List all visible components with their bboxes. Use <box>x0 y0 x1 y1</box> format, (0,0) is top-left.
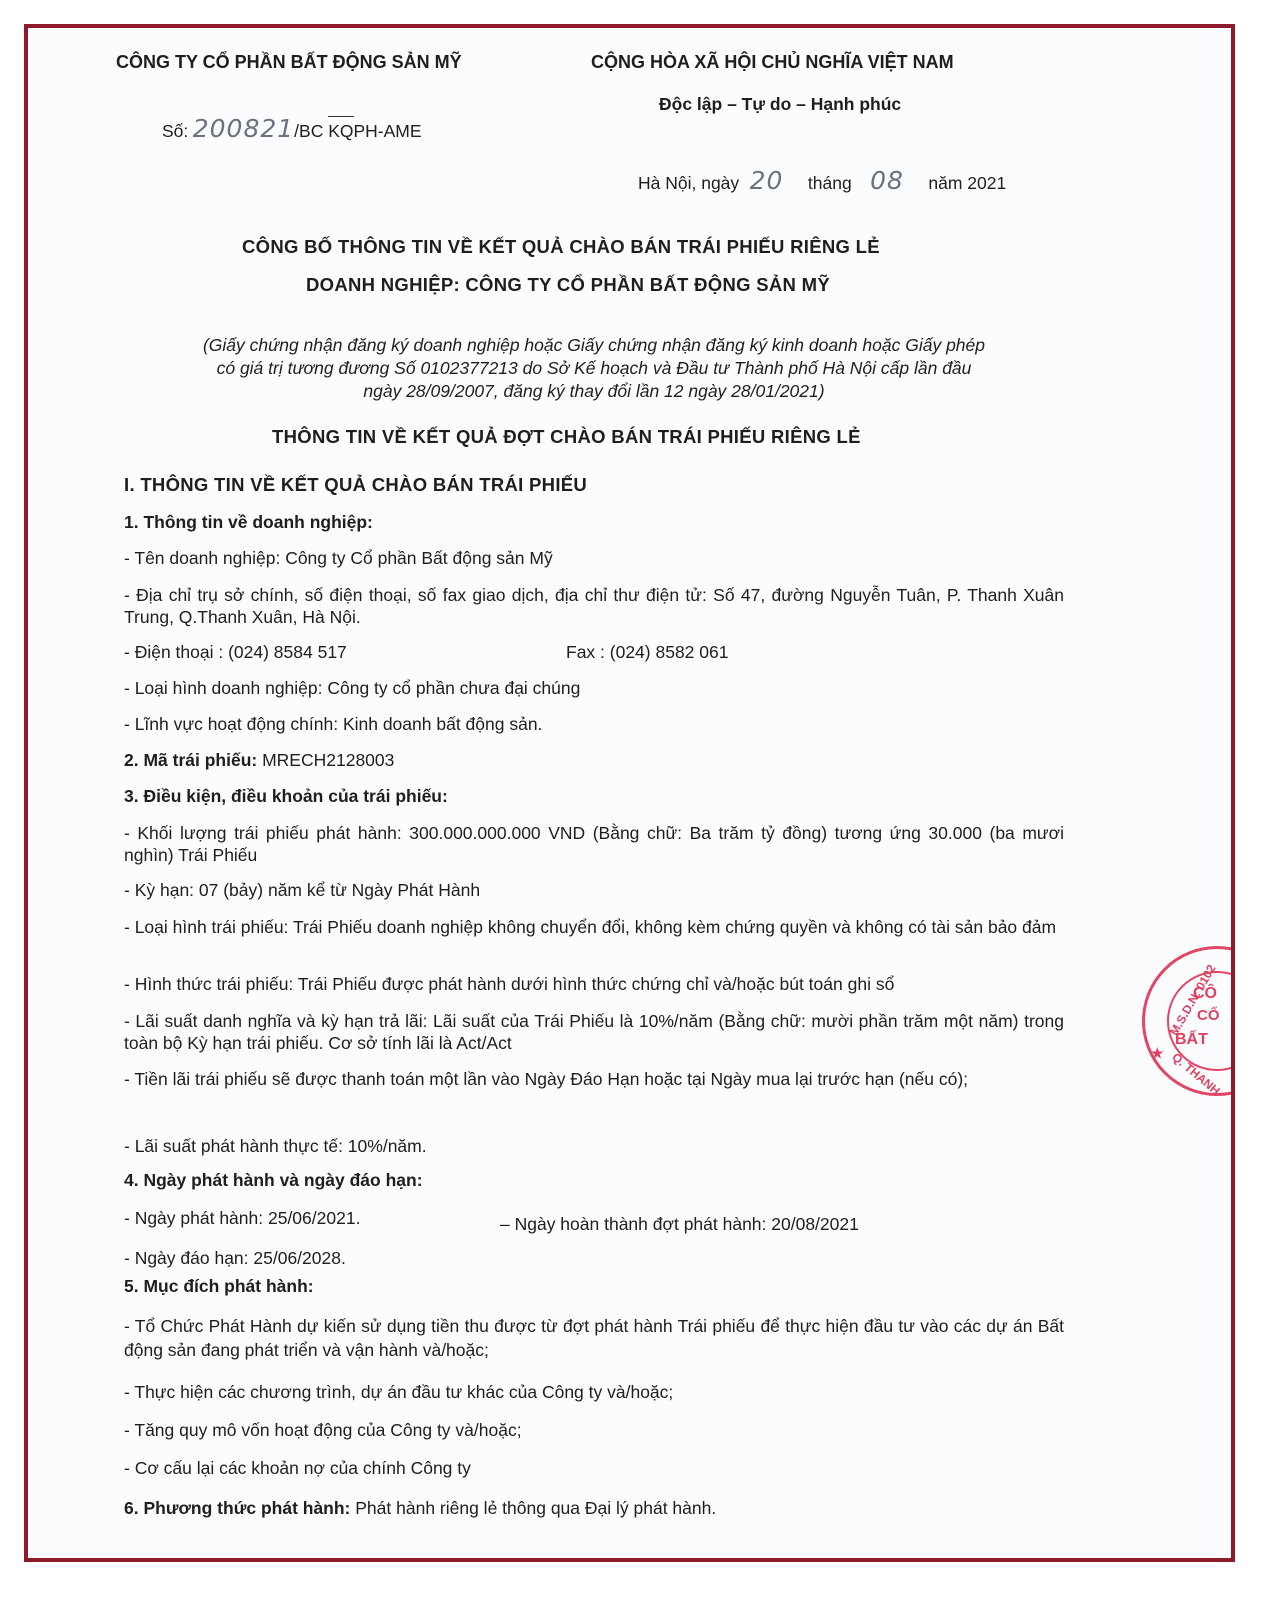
issuance-method: 6. Phương thức phát hành: Phát hành riên… <box>124 1498 716 1519</box>
terms-tenor: - Kỳ hạn: 07 (bảy) năm kể từ Ngày Phát H… <box>124 880 480 901</box>
stamp-center-line-2: CỔ <box>1197 1007 1220 1024</box>
main-title: CÔNG BỐ THÔNG TIN VỀ KẾT QUẢ CHÀO BÁN TR… <box>242 236 880 258</box>
company-stamp: M.S.D.N: 0102 ★ Q. THANH CÔ CỔ BẤT <box>1142 946 1235 1096</box>
bond-code-value: MRECH2128003 <box>257 750 394 770</box>
motto: Độc lập – Tự do – Hạnh phúc <box>659 94 901 115</box>
enterprise-title: DOANH NGHIỆP: CÔNG TY CỔ PHẦN BẤT ĐỘNG S… <box>306 274 830 296</box>
date-prefix: Hà Nội, ngày <box>638 173 739 193</box>
enterprise-phone: - Điện thoại : (024) 8584 517 <box>124 642 347 663</box>
terms-actual-rate: - Lãi suất phát hành thực tế: 10%/năm. <box>124 1136 427 1157</box>
section-1-heading: I. THÔNG TIN VỀ KẾT QUẢ CHÀO BÁN TRÁI PH… <box>124 474 587 496</box>
date-year: năm 2021 <box>928 173 1006 193</box>
enterprise-address: - Địa chỉ trụ sở chính, số điện thoại, s… <box>124 584 1064 628</box>
terms-interest: - Lãi suất danh nghĩa và kỳ hạn trả lãi:… <box>124 1010 1064 1054</box>
certificate-line-2: có giá trị tương đương Số 0102377213 do … <box>124 357 1064 380</box>
method-value: Phát hành riêng lẻ thông qua Đại lý phát… <box>350 1498 716 1518</box>
method-label: 6. Phương thức phát hành: <box>124 1498 350 1518</box>
document-date: Hà Nội, ngày 20 tháng 08 năm 2021 <box>638 166 1006 195</box>
completion-date: – Ngày hoàn thành đợt phát hành: 20/08/2… <box>500 1214 859 1235</box>
issue-date: - Ngày phát hành: 25/06/2021. <box>124 1208 360 1229</box>
purpose-item-3: - Tăng quy mô vốn hoạt động của Công ty … <box>124 1420 522 1441</box>
terms-form: - Hình thức trái phiếu: Trái Phiếu được … <box>124 974 894 995</box>
purpose-item-2: - Thực hiện các chương trình, dự án đầu … <box>124 1382 673 1403</box>
enterprise-info-heading: 1. Thông tin về doanh nghiệp: <box>124 512 373 533</box>
purpose-heading: 5. Mục đích phát hành: <box>124 1276 314 1297</box>
stamp-star-icon: ★ <box>1151 1045 1164 1062</box>
terms-payment: - Tiền lãi trái phiếu sẽ được thanh toán… <box>124 1068 1064 1090</box>
certificate-note: (Giấy chứng nhận đăng ký doanh nghiệp ho… <box>124 334 1064 403</box>
certificate-line-3: ngày 28/09/2007, đăng ký thay đổi lần 12… <box>124 380 1064 403</box>
number-handwritten: 200821 <box>193 114 294 143</box>
bond-code-label: 2. Mã trái phiếu: <box>124 750 257 770</box>
number-suffix: /BC KQPH-AME <box>294 121 421 141</box>
terms-volume: - Khối lượng trái phiếu phát hành: 300.0… <box>124 822 1064 866</box>
enterprise-name: - Tên doanh nghiệp: Công ty Cổ phần Bất … <box>124 548 553 569</box>
enterprise-type: - Loại hình doanh nghiệp: Công ty cổ phầ… <box>124 678 580 699</box>
stamp-center-line-1: CÔ <box>1193 985 1217 1003</box>
certificate-line-1: (Giấy chứng nhận đăng ký doanh nghiệp ho… <box>124 334 1064 357</box>
document-frame: CÔNG TY CỔ PHẦN BẤT ĐỘNG SẢN MỸ Số: 2008… <box>24 24 1235 1562</box>
date-day: 20 <box>750 166 784 195</box>
number-label: Số: <box>162 121 188 141</box>
maturity-date: - Ngày đáo hạn: 25/06/2028. <box>124 1248 346 1269</box>
enterprise-fax: Fax : (024) 8582 061 <box>566 642 728 663</box>
purpose-item-4: - Cơ cấu lại các khoản nợ của chính Công… <box>124 1458 471 1479</box>
date-month: 08 <box>870 166 904 195</box>
subtitle: THÔNG TIN VỀ KẾT QUẢ ĐỢT CHÀO BÁN TRÁI P… <box>272 426 861 448</box>
enterprise-field: - Lĩnh vực hoạt động chính: Kinh doanh b… <box>124 714 542 735</box>
document-number: Số: 200821/BC KQPH-AME <box>162 114 422 143</box>
terms-heading: 3. Điều kiện, điều khoản của trái phiếu: <box>124 786 448 807</box>
terms-bond-type: - Loại hình trái phiếu: Trái Phiếu doanh… <box>124 916 1064 938</box>
purpose-item-1: - Tổ Chức Phát Hành dự kiến sử dụng tiền… <box>124 1314 1064 1362</box>
stamp-center-line-3: BẤT <box>1175 1031 1208 1049</box>
company-name: CÔNG TY CỔ PHẦN BẤT ĐỘNG SẢN MỸ <box>116 52 462 73</box>
bond-code: 2. Mã trái phiếu: MRECH2128003 <box>124 750 394 771</box>
date-month-label: tháng <box>808 173 852 193</box>
dates-heading: 4. Ngày phát hành và ngày đáo hạn: <box>124 1170 423 1191</box>
republic-title: CỘNG HÒA XÃ HỘI CHỦ NGHĨA VIỆT NAM <box>591 52 954 73</box>
